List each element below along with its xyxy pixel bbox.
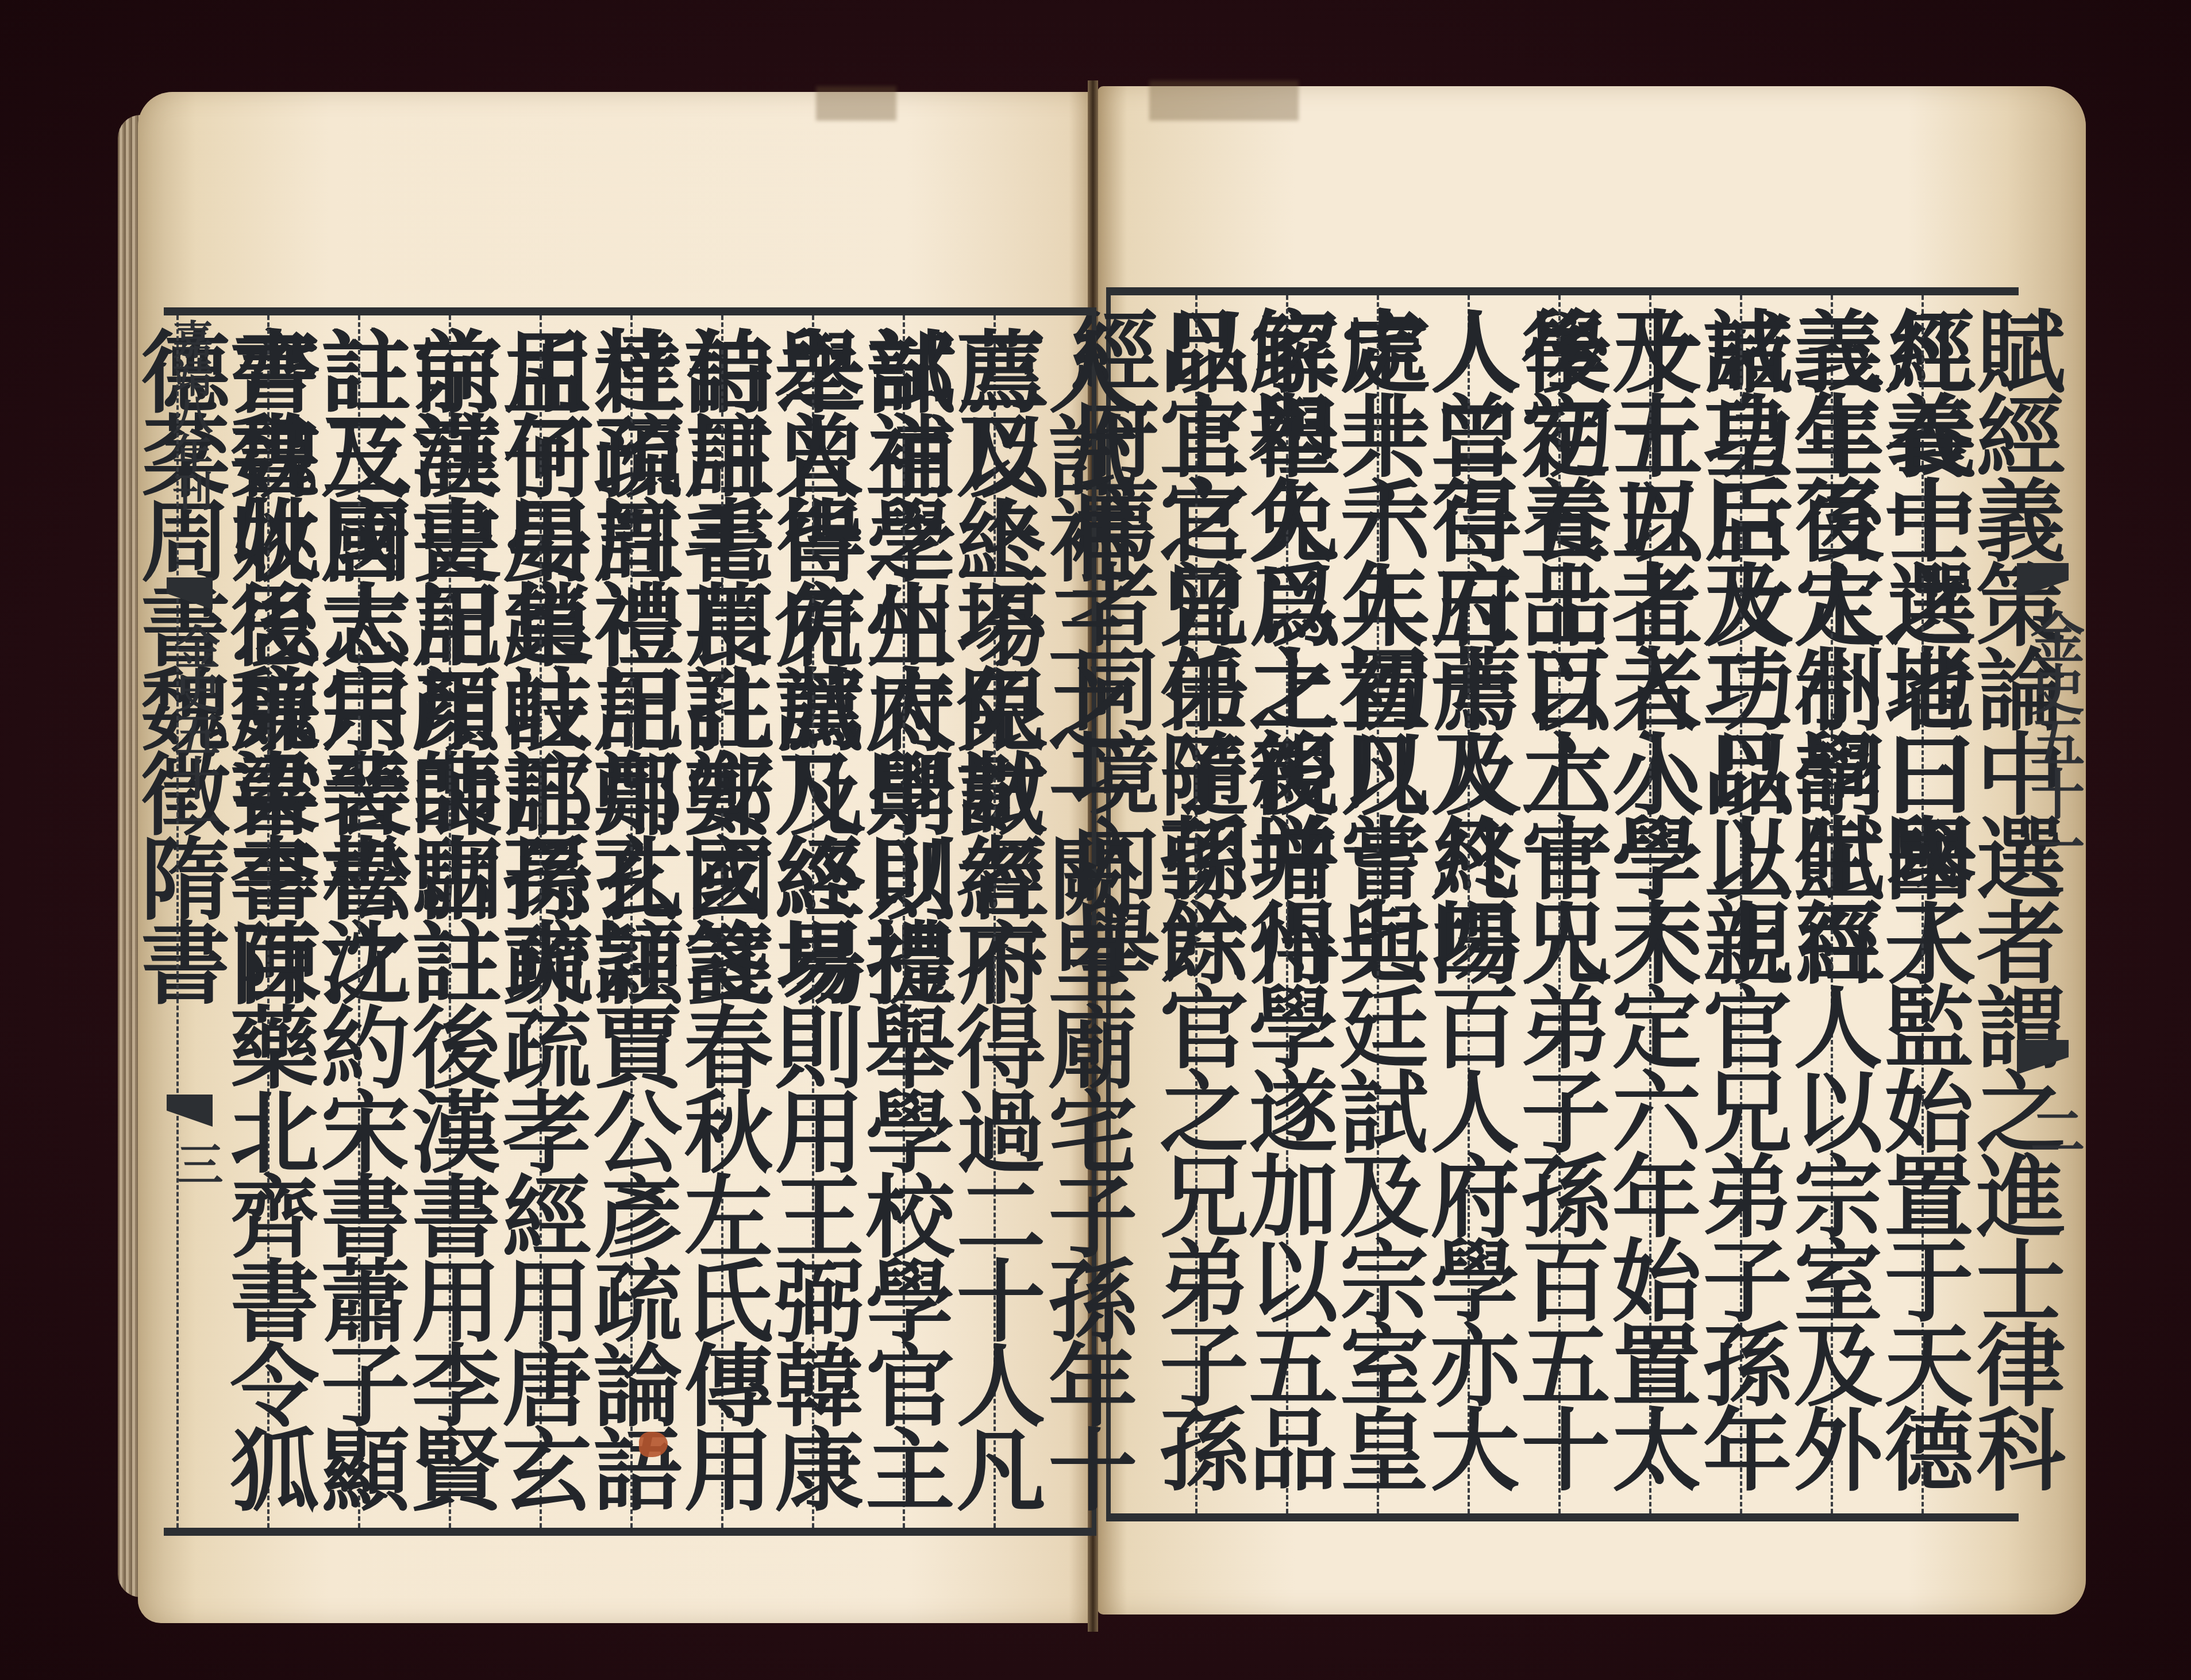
fold-title: 金史五十一 (2014, 609, 2092, 870)
lower-fishtail-mark (167, 1095, 213, 1127)
left-page-text-block: 人試補三之一闕里廟宅子孫年十三以上不限數經府 薦及終場免試者不得過二十人凡試補學… (164, 307, 1096, 1536)
fold-page-number: 二 (2014, 1103, 2092, 1155)
left-page-fold-column: 嘉靖八年刊 金史五十一 三 (167, 313, 213, 1520)
upper-fishtail-mark (167, 577, 213, 610)
top-edge-damage-left (816, 86, 896, 121)
top-edge-damage-right (1149, 80, 1299, 121)
right-page-text-block: 賦經義策論中選者謂之進士律科經義中選者曰舉人 凡養士之地曰國子監始置于天德三年後… (1106, 287, 2019, 1521)
edition-label: 嘉靖八年刊 (161, 319, 219, 508)
fold-page-number: 三 (164, 1140, 230, 1184)
lower-fishtail-mark (2017, 1040, 2069, 1074)
right-page-fold-column: 金史五十一 二 (2017, 287, 2069, 1523)
upper-fishtail-mark (2017, 563, 2069, 598)
fold-title: 金史五十一 (161, 623, 227, 842)
